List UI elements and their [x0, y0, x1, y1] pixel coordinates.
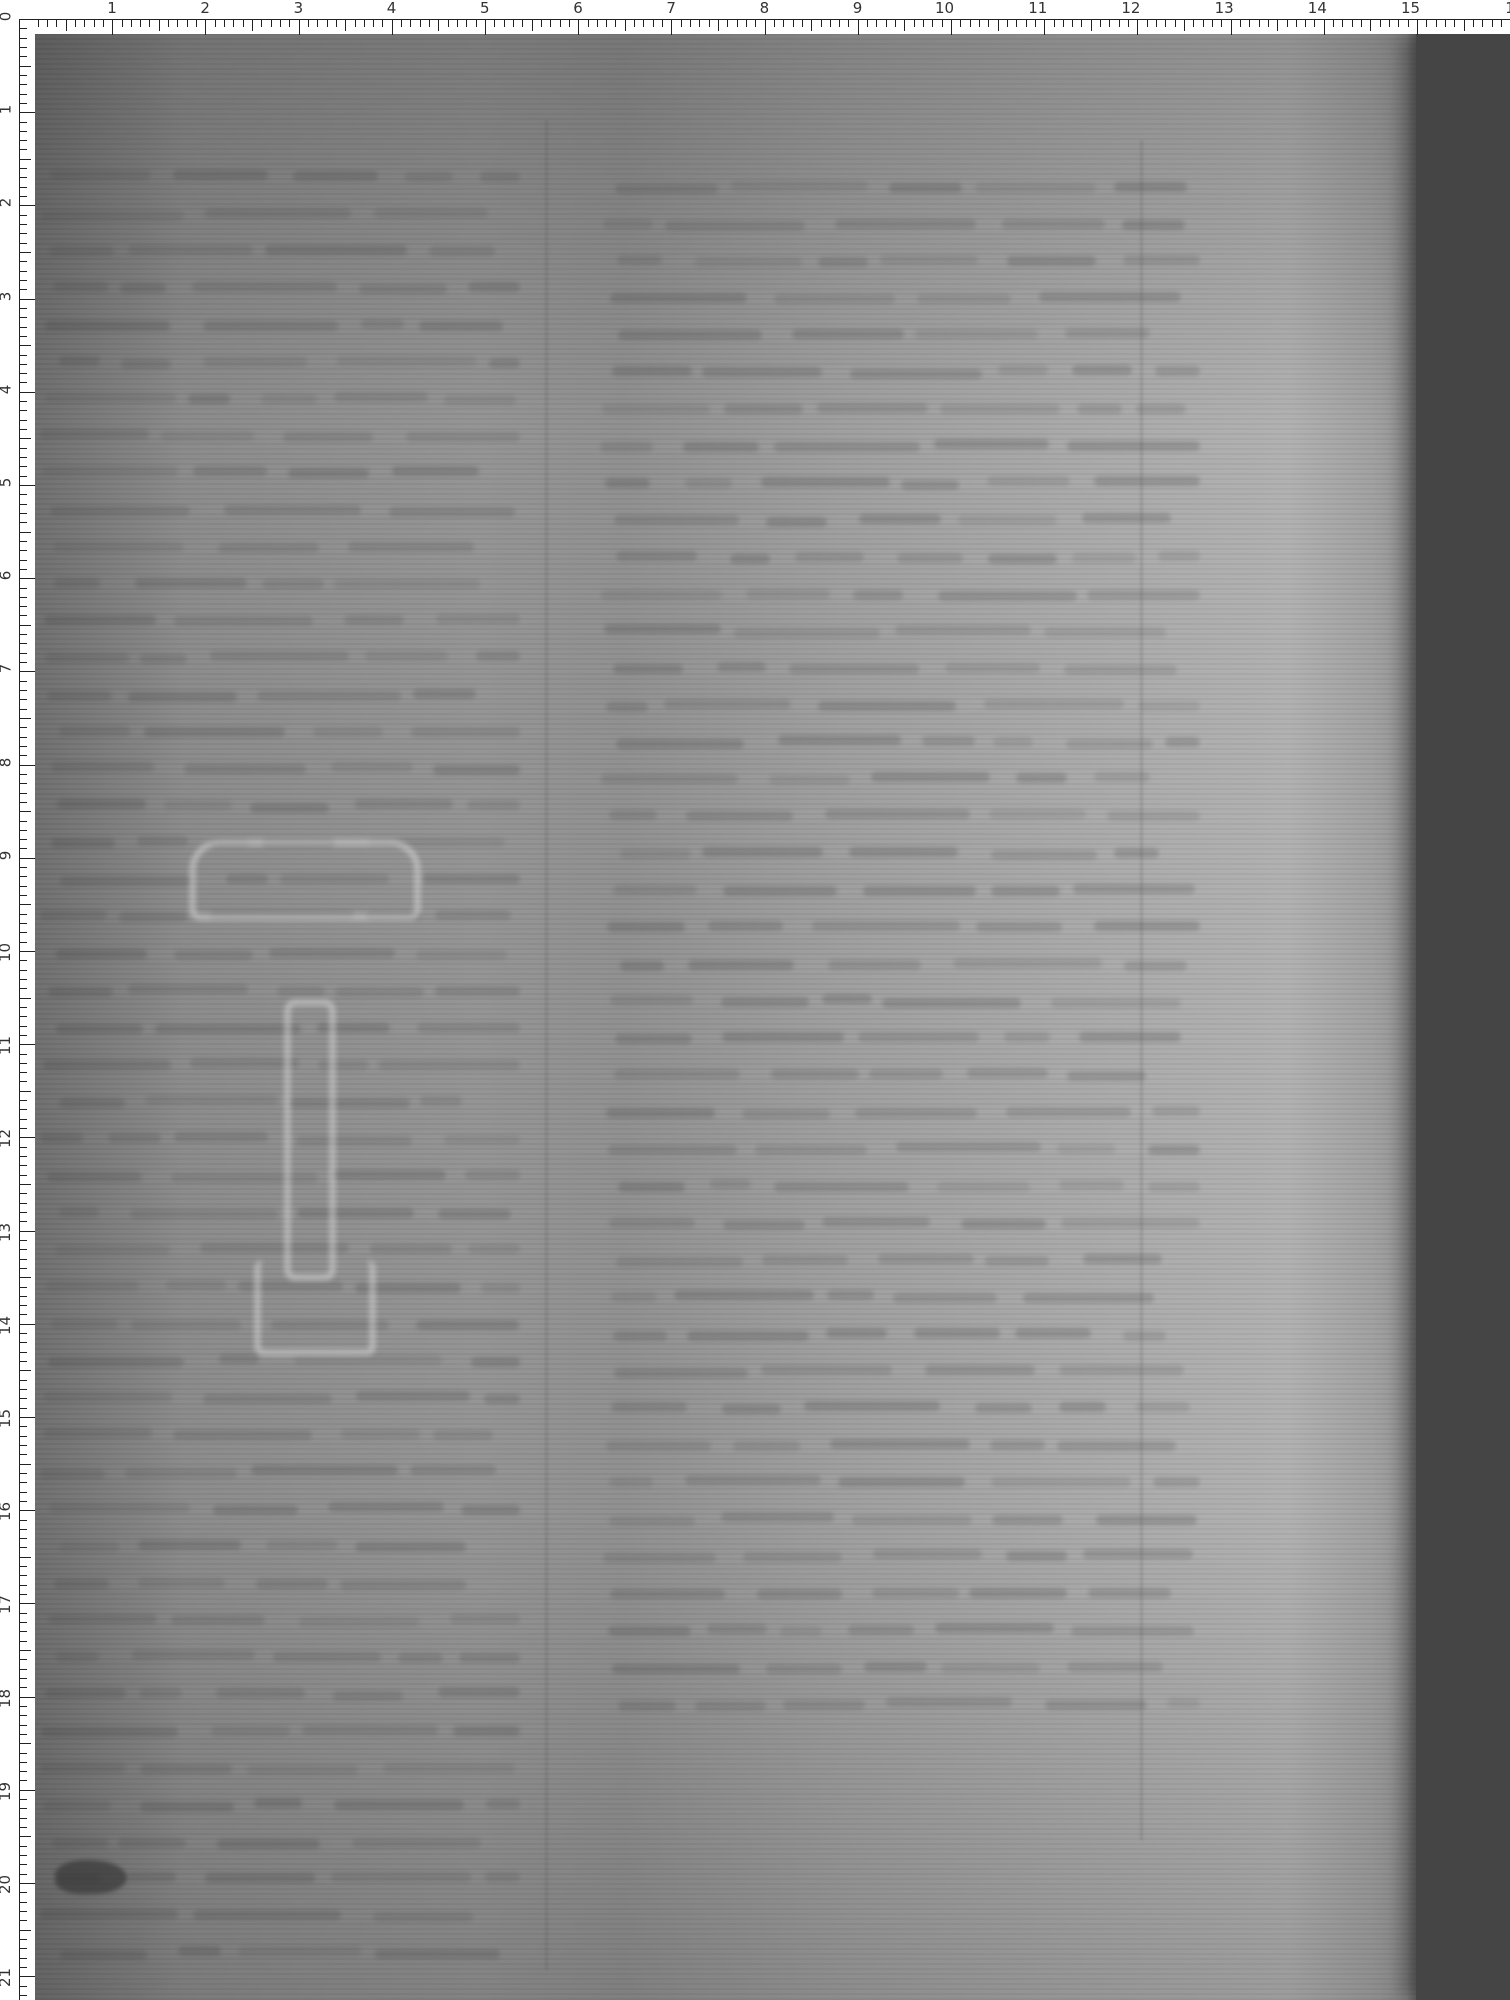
ruler-tick	[932, 20, 933, 27]
ruler-tick	[20, 1454, 27, 1455]
ruler-tick	[327, 20, 328, 27]
faded-text-word	[1059, 1402, 1106, 1412]
faded-text-word	[717, 662, 766, 672]
ruler-tick	[94, 20, 95, 27]
faded-text-word	[1136, 1402, 1190, 1412]
faded-text-word	[882, 998, 1021, 1008]
ruler-tick	[429, 20, 430, 27]
faded-text-word	[730, 554, 770, 564]
faded-text-word	[173, 1430, 312, 1440]
faded-text-word	[1138, 701, 1200, 711]
ruler-tick	[20, 1259, 27, 1260]
ruler-tick	[20, 1771, 27, 1772]
ruler-tick	[494, 20, 495, 27]
faded-text-word	[618, 330, 762, 340]
faded-text-word	[1067, 441, 1200, 451]
ruler-tick	[261, 20, 262, 27]
faded-text-word	[328, 1502, 444, 1512]
ruler-tick	[20, 569, 27, 570]
faded-text-word	[616, 1257, 743, 1267]
ruler-tick	[392, 20, 393, 35]
faded-text-word	[60, 876, 193, 886]
ruler-tick	[1305, 20, 1306, 27]
ruler-tick	[177, 20, 178, 27]
faded-text-word	[612, 366, 692, 376]
ruler-tick	[765, 20, 766, 35]
faded-text-word	[606, 1108, 715, 1118]
faded-text-word	[991, 1477, 1131, 1487]
faded-text-word	[433, 765, 520, 775]
ruler-tick	[20, 970, 27, 971]
ruler-tick	[20, 401, 27, 402]
faded-text-word	[992, 1515, 1063, 1525]
faded-text-word	[848, 1625, 914, 1635]
faded-text-word	[355, 1542, 466, 1552]
faded-text-word	[990, 1440, 1046, 1450]
faded-text-word	[603, 1553, 716, 1563]
faded-text-word	[1107, 811, 1200, 821]
ruler-tick	[224, 20, 225, 27]
faded-text-word	[610, 293, 747, 303]
ruler-tick	[20, 1147, 27, 1148]
ruler-tick	[20, 1659, 27, 1660]
ruler-label: 18	[0, 1689, 13, 1708]
ruler-tick	[1137, 20, 1138, 35]
faded-text-word	[277, 986, 324, 996]
faded-text-word	[461, 1505, 520, 1515]
ruler-tick	[970, 20, 971, 27]
ruler-tick	[233, 20, 234, 27]
faded-text-word	[410, 1465, 496, 1475]
ruler-tick	[20, 1184, 31, 1185]
ruler-tick	[187, 20, 188, 27]
ruler-tick	[20, 1128, 27, 1129]
faded-text-word	[48, 987, 113, 997]
ruler-tick	[1398, 20, 1399, 27]
faded-text-word	[897, 553, 963, 563]
faded-text-word	[762, 1255, 848, 1265]
ruler-label: 6	[573, 1, 583, 16]
ruler-tick	[20, 1231, 35, 1232]
faded-text-word	[702, 367, 822, 377]
ruler-tick	[20, 1445, 27, 1446]
ruler-tick	[690, 20, 691, 27]
ruler-tick	[20, 1967, 27, 1968]
faded-text-word	[1044, 627, 1166, 637]
faded-text-word	[383, 1763, 514, 1773]
faded-text-word	[299, 1617, 420, 1627]
faded-text-word	[665, 221, 806, 231]
ruler-tick	[289, 20, 290, 27]
faded-text-word	[120, 283, 165, 293]
faded-text-word	[683, 442, 759, 452]
ruler-tick	[20, 1398, 27, 1399]
faded-text-word	[178, 1946, 221, 1956]
faded-text-word	[731, 181, 868, 191]
ruler-tick	[1054, 20, 1055, 27]
faded-text-word	[710, 1179, 751, 1189]
ruler-tick	[20, 149, 27, 150]
ruler-tick	[20, 979, 27, 980]
ruler-tick	[20, 1715, 27, 1716]
ruler-tick	[20, 271, 27, 272]
faded-text-word	[1023, 1293, 1154, 1303]
ruler-label: 7	[0, 664, 13, 674]
faded-text-word	[934, 439, 1049, 449]
faded-text-word	[615, 184, 718, 194]
ruler-tick	[20, 737, 27, 738]
faded-text-word	[1114, 182, 1187, 192]
faded-text-word	[313, 727, 383, 737]
ruler-tick	[20, 1986, 27, 1987]
ruler-tick	[56, 20, 57, 27]
faded-text-word	[1015, 1328, 1091, 1338]
faded-text-word	[871, 772, 990, 782]
faded-text-word	[611, 1402, 687, 1412]
ruler-tick	[867, 20, 868, 27]
ruler-tick	[20, 1352, 27, 1353]
faded-text-word	[370, 1244, 452, 1254]
ruler-tick	[20, 783, 27, 784]
ruler-tick	[20, 821, 27, 822]
faded-text-word	[484, 1394, 520, 1404]
faded-text-word	[45, 321, 169, 331]
faded-text-word	[1083, 1549, 1194, 1559]
faded-text-word	[1016, 773, 1067, 783]
ruler-tick	[1081, 20, 1082, 27]
faded-text-word	[818, 257, 868, 267]
ruler-tick	[951, 20, 952, 35]
faded-text-word	[348, 542, 474, 552]
ruler-tick	[20, 1846, 27, 1847]
faded-text-word	[356, 1391, 470, 1401]
faded-text-word	[132, 1650, 255, 1660]
faded-text-word	[664, 699, 791, 709]
ruler-tick	[550, 20, 551, 27]
ruler-tick	[1147, 20, 1148, 27]
ruler-tick	[20, 839, 27, 840]
ruler-tick	[1193, 20, 1194, 27]
faded-text-word	[485, 1872, 520, 1882]
left-ruler: 0123456789101112131415161718192021	[0, 0, 34, 2000]
ruler-label: 2	[0, 198, 13, 208]
faded-text-word	[827, 1290, 874, 1300]
faded-text-word	[609, 1477, 653, 1487]
faded-text-word	[436, 614, 520, 624]
faded-text-word	[1007, 256, 1096, 266]
faded-text-word	[398, 1653, 443, 1663]
ruler-tick	[504, 20, 505, 27]
faded-text-word	[975, 183, 1096, 193]
faded-text-word	[998, 365, 1048, 375]
faded-text-word	[250, 803, 328, 813]
ruler-label: 2	[200, 1, 210, 16]
faded-text-word	[135, 578, 247, 588]
ruler-tick	[1091, 20, 1092, 31]
ruler-label: 7	[666, 1, 676, 16]
ruler-tick	[20, 504, 27, 505]
ruler-tick	[578, 20, 579, 35]
ruler-tick	[243, 20, 244, 27]
faded-text-word	[830, 1439, 970, 1449]
faded-text-word	[217, 1839, 320, 1849]
faded-text-word	[602, 404, 710, 414]
faded-text-word	[262, 579, 324, 589]
ruler-tick	[20, 1622, 27, 1623]
faded-text-word	[721, 997, 809, 1007]
faded-text-word	[40, 1469, 105, 1479]
ruler-tick	[643, 20, 644, 27]
ruler-tick	[942, 20, 943, 27]
ruler-tick	[271, 20, 272, 27]
ruler-tick	[914, 20, 915, 27]
faded-text-word	[205, 208, 350, 218]
ruler-tick	[20, 187, 27, 188]
ruler-tick	[895, 20, 896, 27]
ruler-tick	[308, 20, 309, 27]
faded-text-word	[465, 1170, 520, 1180]
ruler-baseline	[19, 19, 20, 2000]
faded-text-word	[985, 1256, 1049, 1266]
ruler-tick	[66, 20, 67, 31]
ruler-tick	[364, 20, 365, 27]
faded-text-word	[273, 1652, 381, 1662]
faded-text-word	[1155, 366, 1200, 376]
faded-text-word	[48, 1614, 156, 1624]
ruler-tick	[1259, 20, 1260, 27]
ruler-tick	[20, 513, 27, 514]
faded-text-word	[121, 359, 171, 369]
faded-text-word	[958, 515, 1057, 525]
ruler-tick	[20, 914, 27, 915]
ruler-tick	[47, 20, 48, 27]
ruler-tick	[802, 20, 803, 27]
faded-text-word	[953, 958, 1102, 968]
faded-text-word	[708, 921, 783, 931]
ruler-tick	[839, 20, 840, 27]
ruler-tick	[20, 634, 27, 635]
ruler-tick	[20, 1958, 27, 1959]
ruler-tick	[20, 923, 27, 924]
faded-text-word	[812, 921, 959, 931]
faded-text-word	[1167, 1698, 1200, 1708]
ruler-tick	[960, 20, 961, 27]
faded-text-word	[686, 811, 794, 821]
faded-text-word	[1073, 884, 1195, 894]
ruler-tick	[718, 20, 719, 31]
column-ruling-line	[1140, 140, 1143, 1840]
faded-text-word	[45, 653, 129, 663]
faded-text-word	[695, 257, 802, 267]
faded-text-word	[601, 774, 737, 784]
ruler-tick	[20, 1324, 35, 1325]
faded-text-word	[332, 1170, 446, 1180]
faded-text-word	[771, 1069, 859, 1079]
ruler-label: 10	[0, 943, 13, 962]
ruler-tick	[20, 373, 27, 374]
ruler-tick	[20, 588, 27, 589]
ruler-tick	[20, 1948, 27, 1949]
faded-text-word	[987, 476, 1070, 486]
ruler-tick	[20, 1883, 35, 1884]
faded-text-word	[688, 960, 794, 970]
faded-text-word	[869, 1069, 943, 1079]
faded-text-word	[915, 329, 1038, 339]
faded-text-word	[733, 1441, 801, 1451]
faded-text-word	[1065, 328, 1150, 338]
ruler-tick	[20, 1753, 27, 1754]
faded-text-word	[341, 1429, 420, 1439]
column-ruling-line	[545, 120, 548, 1970]
faded-text-word	[780, 1626, 822, 1636]
faded-text-word	[606, 1441, 711, 1451]
ruler-tick	[606, 20, 607, 27]
ruler-tick	[1100, 20, 1101, 27]
faded-text-word	[131, 1320, 241, 1330]
ruler-tick	[112, 20, 113, 35]
ruler-tick	[1268, 20, 1269, 27]
faded-text-word	[188, 394, 230, 404]
faded-text-word	[702, 847, 823, 857]
faded-text-word	[615, 1034, 692, 1044]
faded-text-word	[213, 1505, 298, 1515]
faded-text-word	[1002, 219, 1105, 229]
ruler-tick	[20, 47, 27, 48]
ruler-tick	[20, 522, 27, 523]
ruler-tick	[20, 1836, 31, 1837]
ruler-tick	[20, 718, 31, 719]
ruler-tick	[345, 20, 346, 31]
ruler-tick	[858, 20, 859, 35]
ruler-tick	[634, 20, 635, 27]
ruler-tick	[20, 746, 27, 747]
faded-text-word	[352, 1838, 481, 1848]
faded-text-word	[49, 1503, 190, 1513]
faded-text-word	[224, 505, 361, 515]
ruler-tick	[20, 122, 27, 123]
faded-text-word	[392, 466, 478, 476]
faded-text-word	[1096, 1515, 1197, 1525]
ruler-tick	[1249, 20, 1250, 27]
faded-text-word	[293, 171, 378, 181]
faded-text-word	[822, 1217, 930, 1227]
faded-text-word	[108, 1133, 161, 1143]
ruler-tick	[20, 1054, 27, 1055]
ruler-tick	[20, 1874, 27, 1875]
faded-text-word	[757, 1589, 841, 1599]
ruler-tick	[20, 1305, 27, 1306]
faded-text-word	[140, 1764, 232, 1774]
faded-text-word	[1067, 1071, 1146, 1081]
ruler-label: 14	[0, 1316, 13, 1335]
ruler-tick	[20, 28, 27, 29]
ruler-tick	[20, 38, 27, 39]
ruler-tick	[20, 960, 27, 961]
ruler-tick	[20, 1520, 27, 1521]
ruler-tick	[20, 1892, 27, 1893]
faded-text-word	[203, 357, 308, 367]
ruler-tick	[20, 1091, 31, 1092]
faded-text-word	[755, 1145, 867, 1155]
faded-text-word	[687, 1331, 809, 1341]
ruler-tick	[20, 653, 27, 654]
ruler-tick	[20, 392, 35, 393]
ruler-tick	[20, 1026, 27, 1027]
ruler-tick	[20, 1557, 31, 1558]
ruler-tick	[20, 66, 31, 67]
ruler-tick	[513, 20, 514, 27]
faded-text-word	[218, 543, 319, 553]
faded-text-word	[804, 1401, 940, 1411]
faded-text-word	[49, 246, 115, 256]
ruler-tick	[401, 20, 402, 27]
faded-text-word	[938, 591, 1077, 601]
ruler-tick	[20, 1408, 27, 1409]
ruler-tick	[20, 327, 27, 328]
ruler-label: 15	[0, 1409, 13, 1428]
ruler-tick	[20, 1035, 27, 1036]
faded-text-word	[361, 319, 404, 329]
faded-text-word	[734, 628, 879, 638]
faded-text-word	[420, 1096, 462, 1106]
faded-text-word	[766, 1664, 842, 1674]
faded-text-word	[416, 950, 507, 960]
faded-text-word	[695, 1701, 766, 1711]
faded-text-word	[59, 1098, 125, 1108]
ruler-tick	[1445, 20, 1446, 27]
ruler-tick	[20, 1007, 27, 1008]
ruler-tick	[20, 1072, 27, 1073]
ruler-tick	[560, 20, 561, 27]
ruler-tick	[20, 1221, 27, 1222]
faded-text-word	[216, 1688, 305, 1698]
faded-text-word	[872, 1588, 958, 1598]
ruler-tick	[196, 20, 197, 27]
faded-text-word	[864, 1662, 927, 1672]
faded-text-word	[1082, 513, 1172, 523]
ruler-tick	[20, 1492, 27, 1493]
ruler-tick	[20, 1538, 27, 1539]
ruler-tick	[20, 1734, 27, 1735]
faded-text-word	[354, 799, 453, 809]
faded-text-word	[1122, 220, 1184, 230]
ruler-tick	[20, 364, 27, 365]
faded-text-word	[895, 625, 1030, 635]
ruler-tick	[1203, 20, 1204, 27]
faded-text-word	[608, 1626, 691, 1636]
faded-text-word	[961, 1219, 1045, 1229]
faded-text-word	[130, 1209, 278, 1219]
faded-text-word	[205, 1873, 315, 1883]
faded-text-word	[47, 1172, 143, 1182]
faded-text-word	[608, 1145, 737, 1155]
ruler-tick	[20, 299, 35, 300]
ruler-tick	[149, 20, 150, 27]
faded-text-word	[849, 847, 958, 857]
faded-text-word	[302, 1725, 438, 1735]
ruler-tick	[20, 1743, 31, 1744]
faded-text-word	[620, 849, 691, 859]
ruler-tick	[20, 215, 27, 216]
ruler-tick	[1464, 20, 1465, 31]
faded-text-word	[340, 1580, 466, 1590]
faded-text-word	[56, 949, 147, 959]
ruler-tick	[20, 1081, 27, 1082]
faded-text-word	[616, 739, 744, 749]
faded-text-word	[1072, 365, 1132, 375]
ruler-tick	[20, 1575, 27, 1576]
faded-text-word	[45, 1688, 126, 1698]
